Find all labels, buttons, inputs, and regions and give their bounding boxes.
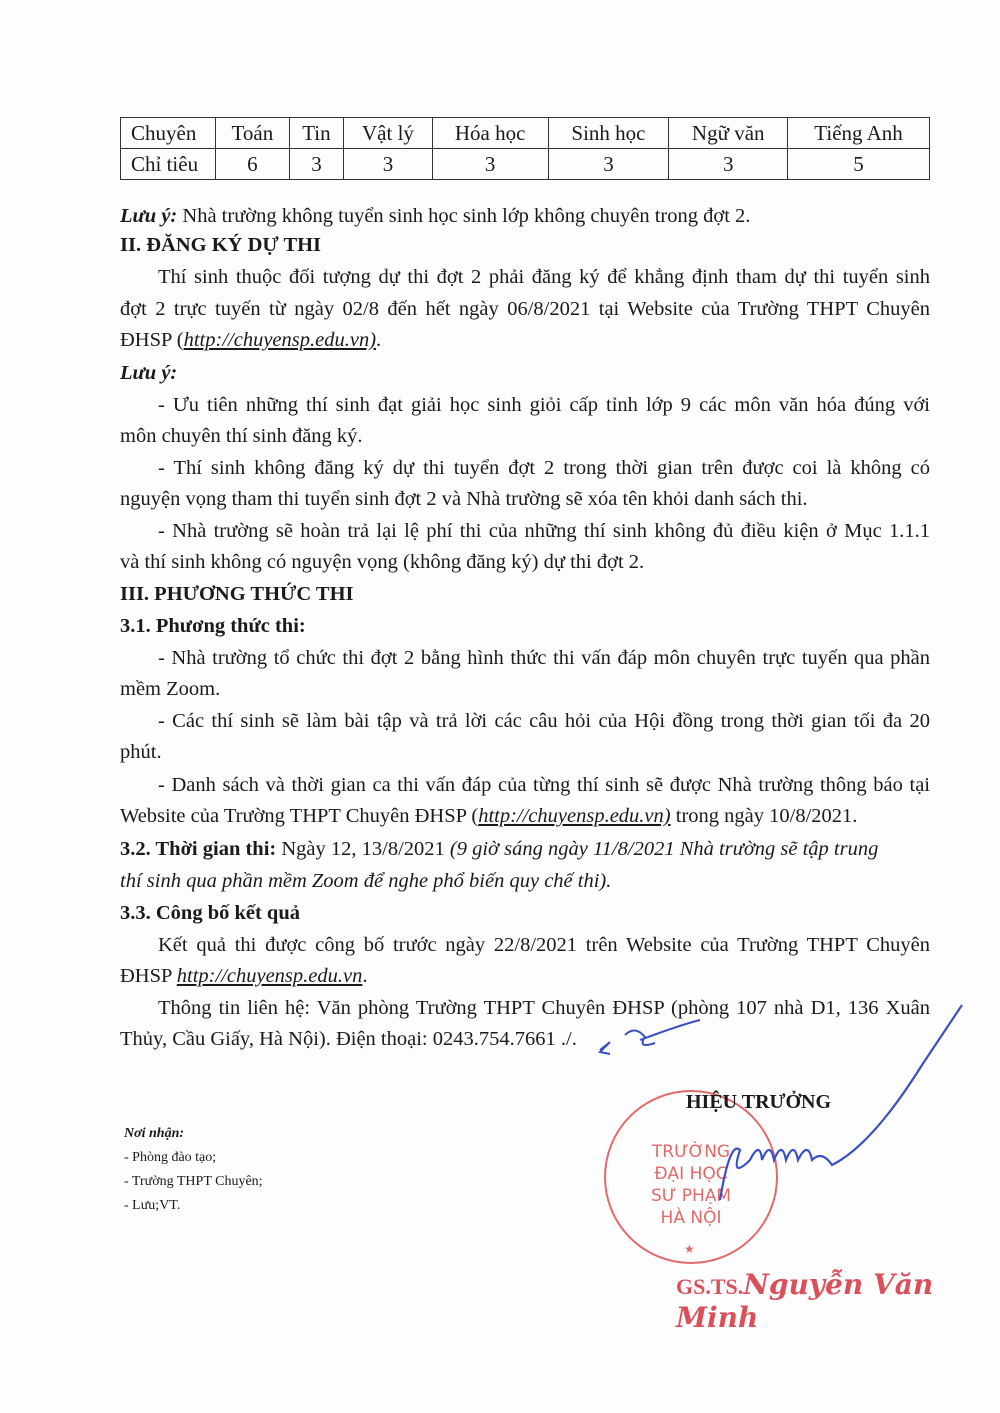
handwritten-signature-icon — [0, 0, 1000, 1413]
signer-name: GS.TS.Nguyễn Văn Minh — [676, 1268, 1000, 1334]
document-page: Chuyên Toán Tin Vật lý Hóa học Sinh học … — [0, 0, 1000, 1413]
